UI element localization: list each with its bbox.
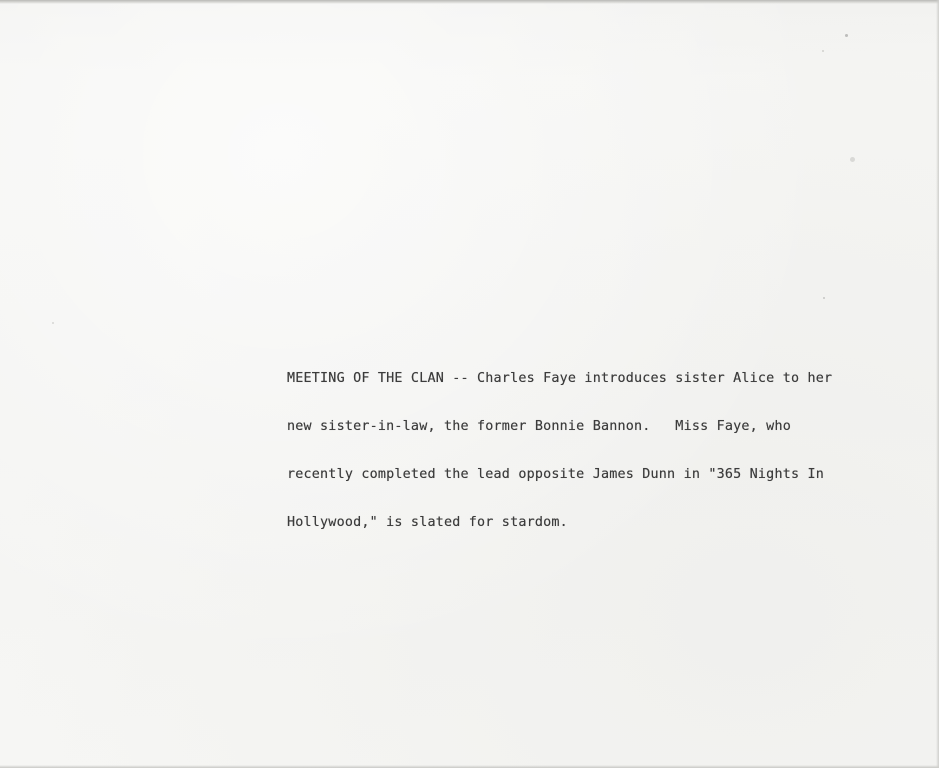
caption-line: new sister-in-law, the former Bonnie Ban… (287, 419, 927, 435)
caption-line: recently completed the lead opposite Jam… (287, 467, 927, 483)
paper-speck (850, 157, 855, 162)
paper-speck (52, 322, 54, 324)
photo-caption: MEETING OF THE CLAN -- Charles Faye intr… (287, 339, 927, 563)
paper-top-edge (0, 0, 939, 4)
paper-speck (822, 50, 824, 52)
caption-line: Hollywood," is slated for stardom. (287, 515, 927, 531)
caption-line: MEETING OF THE CLAN -- Charles Faye intr… (287, 371, 927, 387)
paper-speck (823, 297, 825, 299)
paper-speck (845, 34, 848, 37)
paper-card: MEETING OF THE CLAN -- Charles Faye intr… (0, 0, 939, 768)
